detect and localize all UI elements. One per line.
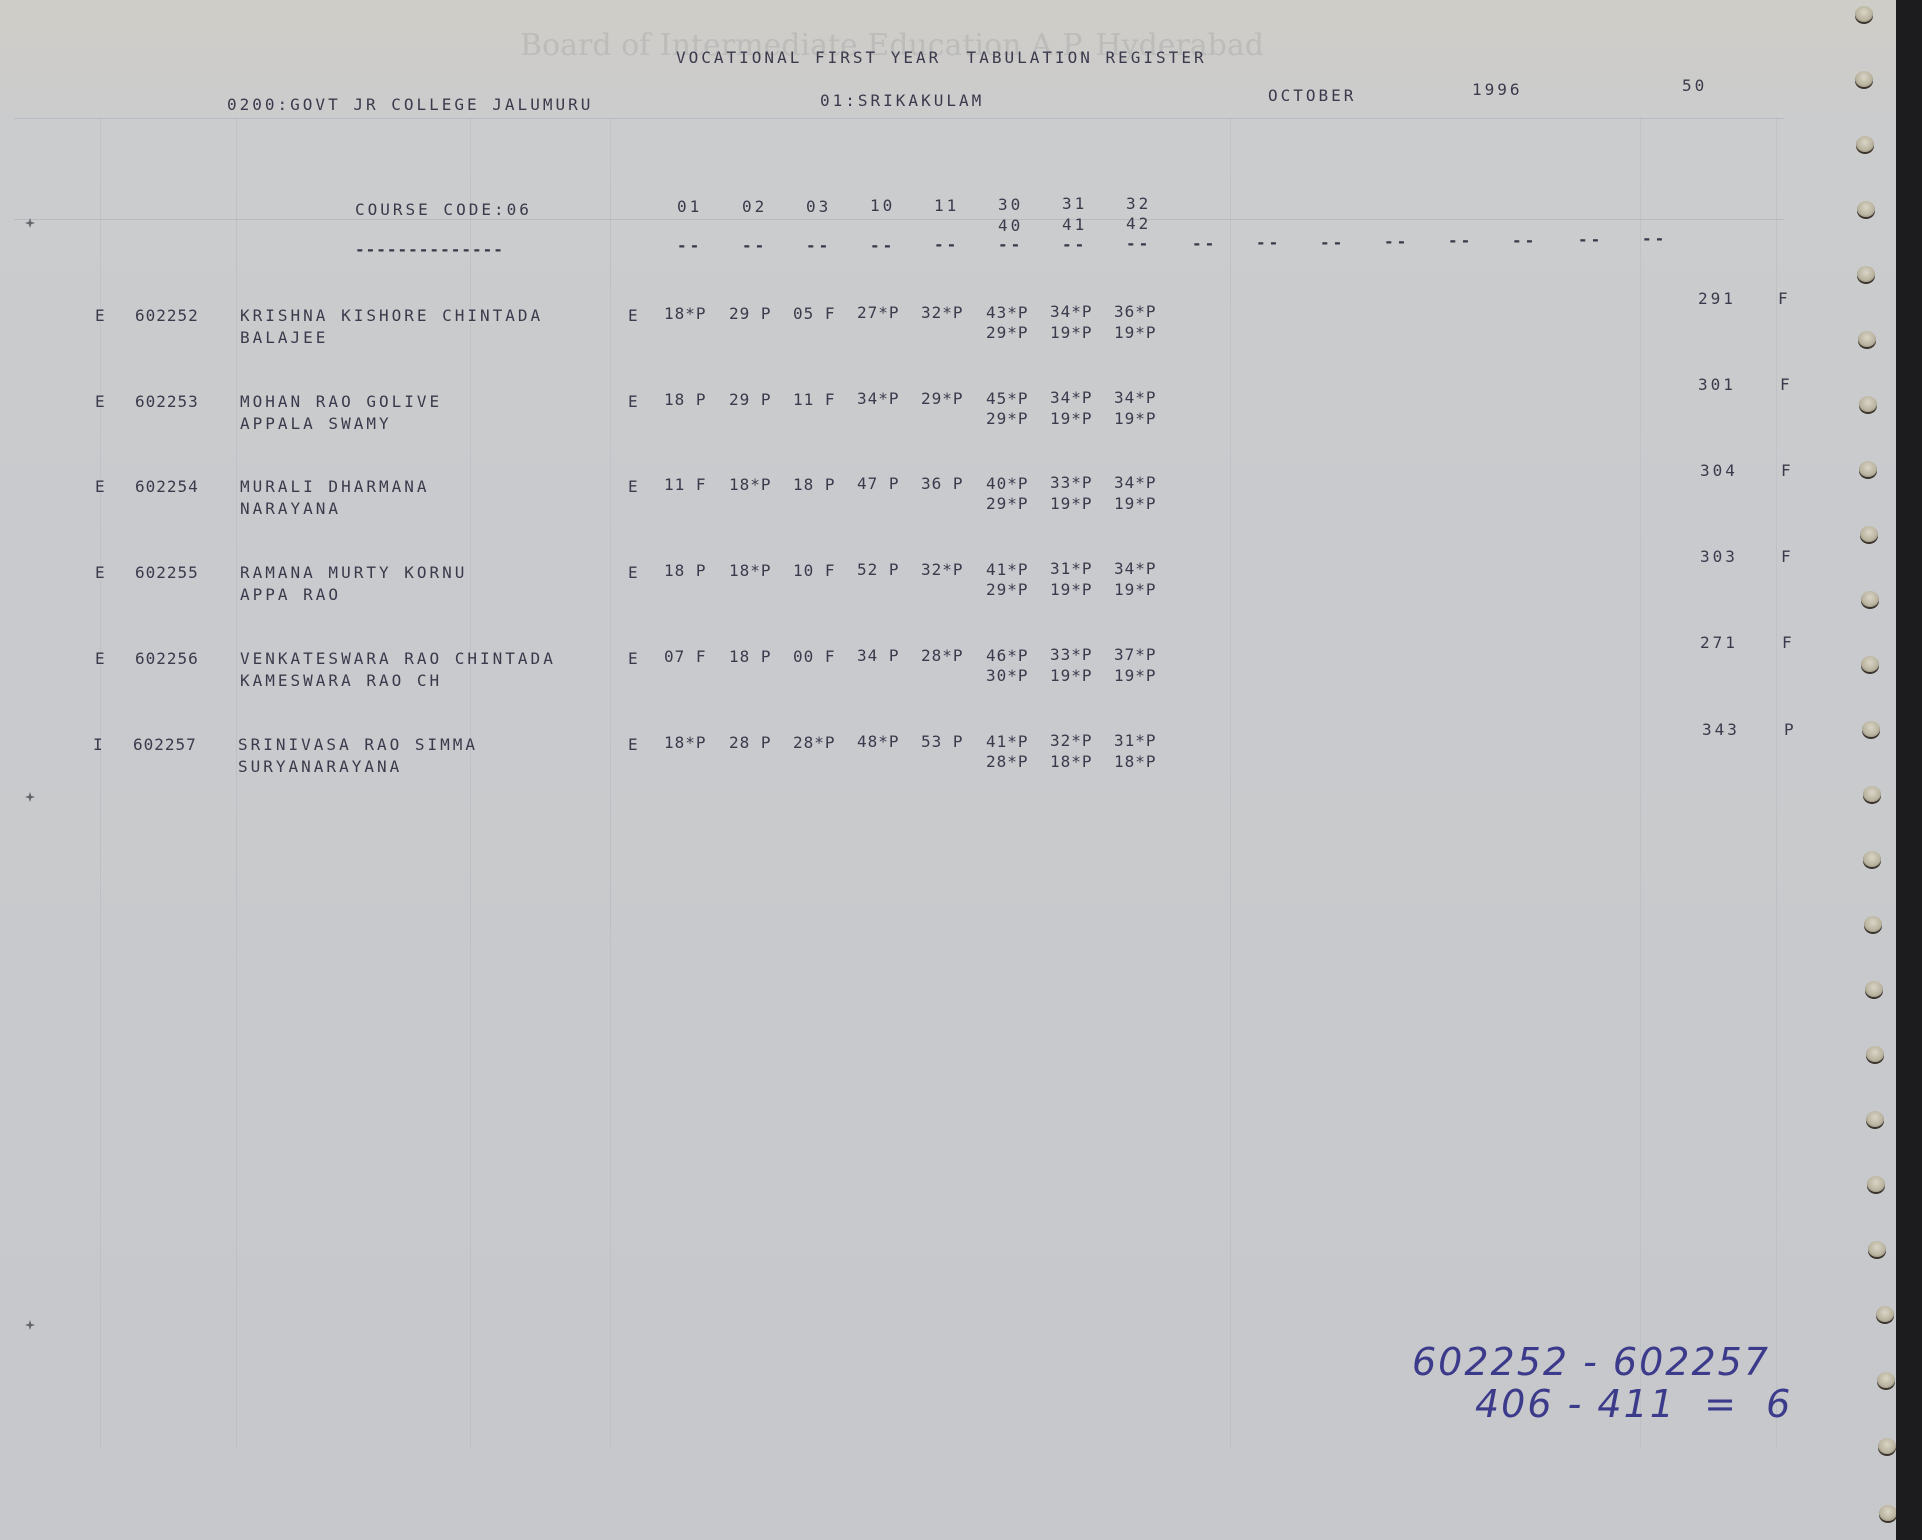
marks: 28*P xyxy=(986,754,1029,770)
category: E xyxy=(95,479,108,495)
student-name: MURALI DHARMANA xyxy=(240,479,430,495)
extra-dash: -- xyxy=(1578,232,1603,248)
extra-dash: -- xyxy=(1192,236,1217,252)
feed-hole-icon xyxy=(1857,201,1875,217)
marks: 18 P xyxy=(664,563,707,579)
medium: E xyxy=(628,308,641,324)
student-name: KRISHNA KISHORE CHINTADA xyxy=(240,308,543,324)
subject-code: 01 xyxy=(677,199,702,215)
punch-mark-icon xyxy=(25,1320,35,1330)
handwritten-roll-range: 602252 - 602257 xyxy=(1412,1340,1770,1384)
feed-hole-icon xyxy=(1863,786,1881,802)
total-marks: 343 xyxy=(1702,722,1740,738)
feed-hole-icon xyxy=(1855,71,1873,87)
register-title: VOCATIONAL FIRST YEAR TABULATION REGISTE… xyxy=(676,50,1207,66)
marks: 19*P xyxy=(1114,411,1157,427)
marks: 29*P xyxy=(986,496,1029,512)
marks: 52 P xyxy=(857,562,900,578)
feed-hole-icon xyxy=(1859,461,1877,477)
marks: 18 P xyxy=(793,477,836,493)
marks: 18*P xyxy=(1114,754,1157,770)
subject-dash: -- xyxy=(742,238,767,254)
medium: E xyxy=(628,565,641,581)
total-marks: 301 xyxy=(1698,377,1736,393)
marks: 32*P xyxy=(1050,733,1093,749)
marks: 19*P xyxy=(1114,325,1157,341)
marks: 41*P xyxy=(986,734,1029,750)
marks: 11 F xyxy=(793,392,836,408)
marks: 28 P xyxy=(729,735,772,751)
marks: 18 P xyxy=(664,392,707,408)
feed-hole-icon xyxy=(1864,916,1882,932)
feed-hole-icon xyxy=(1861,656,1879,672)
marks: 33*P xyxy=(1050,475,1093,491)
total-marks: 304 xyxy=(1700,463,1738,479)
marks: 31*P xyxy=(1114,733,1157,749)
handwritten-count: 406 - 411 = 6 xyxy=(1475,1382,1792,1426)
student-record: E 602252 KRISHNA KISHORE CHINTADA BALAJE… xyxy=(0,306,1896,366)
student-name: MOHAN RAO GOLIVE xyxy=(240,394,442,410)
marks: 18*P xyxy=(729,477,772,493)
marks: 10 F xyxy=(793,563,836,579)
subject-code: 42 xyxy=(1126,216,1151,232)
feed-hole-icon xyxy=(1855,6,1873,22)
father-name: NARAYANA xyxy=(240,501,341,517)
register-page: Board of Intermediate Education A.P. Hyd… xyxy=(0,0,1896,1540)
subject-dash: -- xyxy=(1126,236,1151,252)
marks: 07 F xyxy=(664,649,707,665)
marks: 34*P xyxy=(1050,390,1093,406)
course-code-underline: -------------- xyxy=(355,242,504,258)
student-record: E 602255 RAMANA MURTY KORNU APPA RAO E 1… xyxy=(0,563,1896,623)
marks: 18*P xyxy=(664,306,707,322)
extra-dash: -- xyxy=(1256,235,1281,251)
district-name: 01:SRIKAKULAM xyxy=(820,93,984,109)
feed-hole-icon xyxy=(1862,721,1880,737)
extra-dash: -- xyxy=(1384,234,1409,250)
student-record: I 602257 SRINIVASA RAO SIMMA SURYANARAYA… xyxy=(0,735,1896,795)
category: E xyxy=(95,651,108,667)
feed-hole-icon xyxy=(1868,1241,1886,1257)
subject-dash: -- xyxy=(677,238,702,254)
category: I xyxy=(93,737,106,753)
marks: 36 P xyxy=(921,476,964,492)
marks: 45*P xyxy=(986,391,1029,407)
marks: 19*P xyxy=(1050,496,1093,512)
result: F xyxy=(1781,463,1794,479)
total-marks: 303 xyxy=(1700,549,1738,565)
category: E xyxy=(95,565,108,581)
father-name: APPA RAO xyxy=(240,587,341,603)
medium: E xyxy=(628,394,641,410)
marks: 53 P xyxy=(921,734,964,750)
student-name: RAMANA MURTY KORNU xyxy=(240,565,467,581)
marks: 29*P xyxy=(921,391,964,407)
college-name: 0200:GOVT JR COLLEGE JALUMURU xyxy=(227,97,593,113)
marks: 11 F xyxy=(664,477,707,493)
marks: 19*P xyxy=(1050,582,1093,598)
marks: 34*P xyxy=(1050,304,1093,320)
feed-hole-icon xyxy=(1866,1111,1884,1127)
extra-dash: -- xyxy=(1448,233,1473,249)
feed-hole-icon xyxy=(1856,136,1874,152)
marks: 31*P xyxy=(1050,561,1093,577)
roll-number: 602254 xyxy=(135,479,199,495)
medium: E xyxy=(628,737,641,753)
marks: 34*P xyxy=(1114,561,1157,577)
medium: E xyxy=(628,479,641,495)
feed-hole-icon xyxy=(1866,1046,1884,1062)
marks: 43*P xyxy=(986,305,1029,321)
feed-hole-icon xyxy=(1865,981,1883,997)
category: E xyxy=(95,394,108,410)
subject-code: 32 xyxy=(1126,196,1151,212)
marks: 29 P xyxy=(729,392,772,408)
marks: 34*P xyxy=(1114,475,1157,491)
marks: 29*P xyxy=(986,411,1029,427)
marks: 33*P xyxy=(1050,647,1093,663)
student-name: VENKATESWARA RAO CHINTADA xyxy=(240,651,556,667)
feed-hole-icon xyxy=(1877,1372,1895,1388)
background-edge xyxy=(1896,0,1922,1540)
marks: 36*P xyxy=(1114,304,1157,320)
feed-hole-icon xyxy=(1863,851,1881,867)
marks: 27*P xyxy=(857,305,900,321)
student-name: SRINIVASA RAO SIMMA xyxy=(238,737,478,753)
medium: E xyxy=(628,651,641,667)
subject-code: 11 xyxy=(934,198,959,214)
roll-number: 602252 xyxy=(135,308,199,324)
exam-year: 1996 xyxy=(1472,82,1523,98)
feed-hole-icon xyxy=(1860,526,1878,542)
marks: 28*P xyxy=(921,648,964,664)
subject-code: 03 xyxy=(806,199,831,215)
marks: 29*P xyxy=(986,325,1029,341)
marks: 29 P xyxy=(729,306,772,322)
marks: 18*P xyxy=(729,563,772,579)
marks: 19*P xyxy=(1050,411,1093,427)
extra-dash: -- xyxy=(1320,235,1345,251)
feed-hole-icon xyxy=(1861,591,1879,607)
father-name: SURYANARAYANA xyxy=(238,759,402,775)
preprinted-form-grid xyxy=(14,118,1784,220)
category: E xyxy=(95,308,108,324)
page-number: 50 xyxy=(1682,78,1707,94)
subject-code: 30 xyxy=(998,197,1023,213)
marks: 18*P xyxy=(1050,754,1093,770)
subject-code: 02 xyxy=(742,199,767,215)
result: F xyxy=(1780,377,1793,393)
marks: 19*P xyxy=(1114,496,1157,512)
marks: 48*P xyxy=(857,734,900,750)
extra-dash: -- xyxy=(1642,231,1667,247)
result: P xyxy=(1784,722,1797,738)
subject-code: 10 xyxy=(870,198,895,214)
result: F xyxy=(1778,291,1791,307)
marks: 30*P xyxy=(986,668,1029,684)
marks: 18 P xyxy=(729,649,772,665)
marks: 19*P xyxy=(1114,582,1157,598)
marks: 46*P xyxy=(986,648,1029,664)
feed-hole-icon xyxy=(1858,331,1876,347)
marks: 00 F xyxy=(793,649,836,665)
total-marks: 291 xyxy=(1698,291,1736,307)
roll-number: 602256 xyxy=(135,651,199,667)
marks: 34*P xyxy=(1114,390,1157,406)
marks: 34 P xyxy=(857,648,900,664)
marks: 37*P xyxy=(1114,647,1157,663)
subject-code: 41 xyxy=(1062,217,1087,233)
feed-hole-icon xyxy=(1879,1505,1897,1521)
marks: 32*P xyxy=(921,562,964,578)
marks: 40*P xyxy=(986,476,1029,492)
extra-dash: -- xyxy=(1512,233,1537,249)
result: F xyxy=(1782,635,1795,651)
father-name: BALAJEE xyxy=(240,330,328,346)
subject-code: 31 xyxy=(1062,196,1087,212)
feed-hole-icon xyxy=(1878,1438,1896,1454)
marks: 18*P xyxy=(664,735,707,751)
total-marks: 271 xyxy=(1700,635,1738,651)
feed-hole-icon xyxy=(1876,1306,1894,1322)
exam-month: OCTOBER xyxy=(1268,88,1356,104)
feed-hole-icon xyxy=(1859,396,1877,412)
marks: 19*P xyxy=(1050,325,1093,341)
subject-dash: -- xyxy=(1062,237,1087,253)
marks: 32*P xyxy=(921,305,964,321)
marks: 19*P xyxy=(1114,668,1157,684)
father-name: KAMESWARA RAO CH xyxy=(240,673,442,689)
roll-number: 602255 xyxy=(135,565,199,581)
roll-number: 602257 xyxy=(133,737,197,753)
marks: 47 P xyxy=(857,476,900,492)
feed-hole-icon xyxy=(1867,1176,1885,1192)
course-code-label: COURSE CODE:06 xyxy=(355,202,532,218)
roll-number: 602253 xyxy=(135,394,199,410)
student-record: E 602254 MURALI DHARMANA NARAYANA E 11 F… xyxy=(0,477,1896,537)
subject-dash: -- xyxy=(806,238,831,254)
subject-dash: -- xyxy=(870,238,895,254)
marks: 34*P xyxy=(857,391,900,407)
subject-code: 40 xyxy=(998,218,1023,234)
father-name: APPALA SWAMY xyxy=(240,416,392,432)
marks: 19*P xyxy=(1050,668,1093,684)
marks: 41*P xyxy=(986,562,1029,578)
marks: 05 F xyxy=(793,306,836,322)
subject-dash: -- xyxy=(934,237,959,253)
marks: 28*P xyxy=(793,735,836,751)
subject-dash: -- xyxy=(998,237,1023,253)
result: F xyxy=(1781,549,1794,565)
student-record: E 602256 VENKATESWARA RAO CHINTADA KAMES… xyxy=(0,649,1896,709)
marks: 29*P xyxy=(986,582,1029,598)
student-record: E 602253 MOHAN RAO GOLIVE APPALA SWAMY E… xyxy=(0,392,1896,452)
feed-hole-icon xyxy=(1857,266,1875,282)
